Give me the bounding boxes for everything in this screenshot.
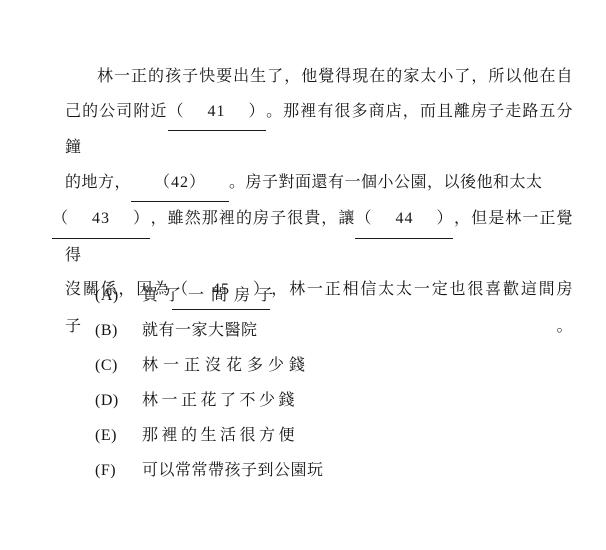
option-f-text: 可以常常帶孩子到公園玩 [142, 462, 324, 479]
option-e: (E)那裡的生活很方便 [0, 418, 606, 453]
blank-41: （41） [168, 95, 266, 132]
passage-line-2: 己的公司附近（41）。那裡有很多商店，而且離房子走路五分鐘 [65, 95, 573, 166]
passage-line-3: 的地方，（42）。房子對面還有一個小公園，以後他和太太 [65, 166, 573, 203]
option-e-text: 那裡的生活很方便 [142, 427, 298, 444]
passage-line-4: （43），雖然那裡的房子很貴，讓（44），但是林一正覺得 [65, 202, 573, 273]
blank-42: （42） [131, 166, 229, 203]
option-d: (D)林一正花了不少錢 [0, 383, 606, 418]
option-f: (F)可以常常帶孩子到公園玩 [0, 453, 606, 488]
passage-text: ，雖然那裡的房子很貴，讓 [150, 210, 355, 227]
blank-44: （44） [355, 202, 453, 239]
passage-text: 。房子對面還有一個小公園，以後他和太太 [229, 174, 543, 191]
option-a-text: 買了一間房子 [142, 287, 280, 304]
passage-line-1: 林一正的孩子快要出生了，他覺得現在的家太小了，所以他在自 [65, 60, 573, 95]
passage-text: 林一正的孩子快要出生了，他覺得現在的家太小了，所以他在自 [97, 68, 573, 85]
passage-text: 的地方， [65, 174, 131, 191]
option-f-label: (F) [95, 453, 142, 488]
option-a: (A)買了一間房子 [0, 278, 606, 313]
option-b-text: 就有一家大醫院 [142, 322, 258, 339]
option-d-text: 林一正花了不少錢 [142, 392, 298, 409]
answer-options-list: (A)買了一間房子 (B)就有一家大醫院 (C)林一正沒花多少錢 (D)林一正花… [0, 278, 606, 488]
option-c-text: 林一正沒花多少錢 [142, 357, 310, 374]
option-a-label: (A) [95, 278, 142, 313]
option-b: (B)就有一家大醫院 [0, 313, 606, 348]
blank-43: （43） [52, 202, 150, 239]
option-e-label: (E) [95, 418, 142, 453]
passage-text: 己的公司附近 [65, 103, 168, 120]
option-d-label: (D) [95, 383, 142, 418]
option-c-label: (C) [95, 348, 142, 383]
option-b-label: (B) [95, 313, 142, 348]
document-page: 林一正的孩子快要出生了，他覺得現在的家太小了，所以他在自 己的公司附近（41）。… [0, 0, 606, 550]
option-c: (C)林一正沒花多少錢 [0, 348, 606, 383]
